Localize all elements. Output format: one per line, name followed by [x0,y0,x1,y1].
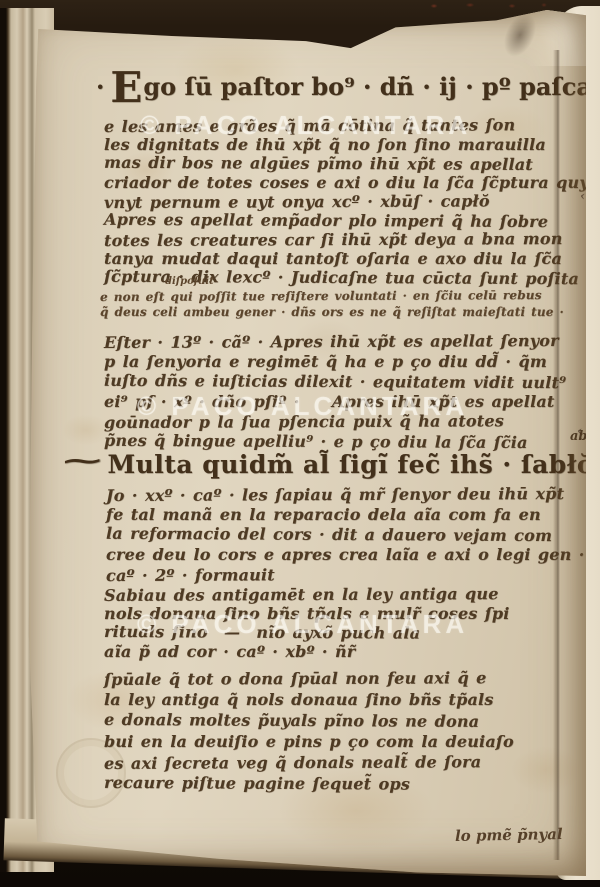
manuscript-text-line: tanya mudat daqui tantoſt oſaria e axo d… [104,249,589,268]
manuscript-text-line: p la ſenyoria e regimēt q̃ ha e p ço diu… [104,352,566,372]
manuscript-text-line: la ley antiga q̃ nols donaua ſino bñs tp… [104,689,514,710]
manuscript-text-line: fe tal manã en la reparacio dela aĩa com… [106,505,585,525]
manuscript-text-line: totes les creatures car ſi ihū xp̃t deya… [104,229,589,250]
manuscript-text-line: es axi ſecreta veg q̃ donals nealt̃ de ſ… [104,751,514,774]
paragraph-block-a: e les ames e grães q̃ mā cōtina q̃ tante… [104,116,589,287]
manuscript-text-line: q̃ deus celi ambeu gener · dñs ors es ne… [100,305,564,321]
catchword-note: lo pmẽ p̃nyal [455,825,563,845]
heading-lead-swash: ~ [59,446,106,476]
manuscript-text-line: la reformacio del cors · dit a dauero ve… [106,524,585,547]
paragraph-block-a-small-script: e non eſt qui poſſit tue reſiſtere volun… [100,289,564,320]
heading-initial-letter: E [110,63,142,112]
heading-lead-dot: · [96,72,104,101]
copyright-watermark: © PACO ALCANTARA [137,391,468,421]
manuscript-text-line: caº · 2º · formauit [106,564,585,586]
manuscript-text-line: ſpūale q̃ tot o dona ſpūal non feu axi q… [104,667,514,690]
paragraph-block-e: ſpūale q̃ tot o dona ſpūal non feu axi q… [104,668,514,794]
manuscript-text-line: e donals moltes p̃uyals pĩno los ne dona [104,709,514,732]
manuscript-text-line: Sabiau des antigamēt en la ley antiga qu… [104,584,510,605]
chapter-heading-multa: ~Multa quidm̃ al̃ ſigĩ fec̃ ihs̃ · ſabłŏ… [72,450,600,480]
manuscript-text-line: recaure piſtue pagine ſequet̃ ops [104,772,514,795]
manuscript-text-line: vnyt pernum e uyt onya xcº · xbūſ · capł… [104,191,589,212]
paragraph-block-c: Jo · xxº · caº · les ſapiau q̃ mr̃ ſenyo… [106,485,585,585]
interlinear-gloss: diſpoſuit [165,276,214,288]
manuscript-text-line: aĩa p̃ ad cor · caº · xbº · ñr̃ [104,642,510,661]
binding-red-marks [420,0,590,12]
heading-top-text: go ſū paſtor bo⁹ · dñ · ij · pº paſca · [143,72,600,101]
manuscript-text-line: e non eſt qui poſſit tue reſiſtere volun… [100,288,564,306]
manuscript-text-line: criador de totes coses e axi o diu la ſc… [104,173,589,192]
manuscript-text-line: Jo · xxº · caº · les ſapiau q̃ mr̃ ſenyo… [106,484,585,506]
manuscript-text-line: iuſto dñs e iuſticias dilexit · equitate… [104,371,566,393]
manuscript-text-line: Apres es apellat emp̃ador plo imperi q̃ … [104,210,589,232]
heading-multa-text: Multa quidm̃ al̃ ſigĩ fec̃ ihs̃ · ſabłŏ … [107,450,600,479]
manuscript-text-line: mas dir bos ne algūes pĩmo ihū xp̃t es a… [104,153,589,175]
manuscript-text-line: Eſter · 13º · cãº · Apres ihū xp̃t es ap… [104,331,566,353]
manuscript-text-line: bui en la deuiſio e pins p ço com la deu… [104,731,514,752]
manuscript-photo: ·Ego ſū paſtor bo⁹ · dñ · ij · pº paſca … [0,0,600,887]
copyright-watermark: © PACO ALCANTARA [137,609,468,639]
copyright-watermark: © PACO ALCANTARA [140,110,471,140]
manuscript-text-line: cree deu lo cors e apres crea laĩa e axi… [106,545,585,565]
chapter-heading-top: ·Ego ſū paſtor bo⁹ · dñ · ij · pº paſca … [96,72,600,103]
